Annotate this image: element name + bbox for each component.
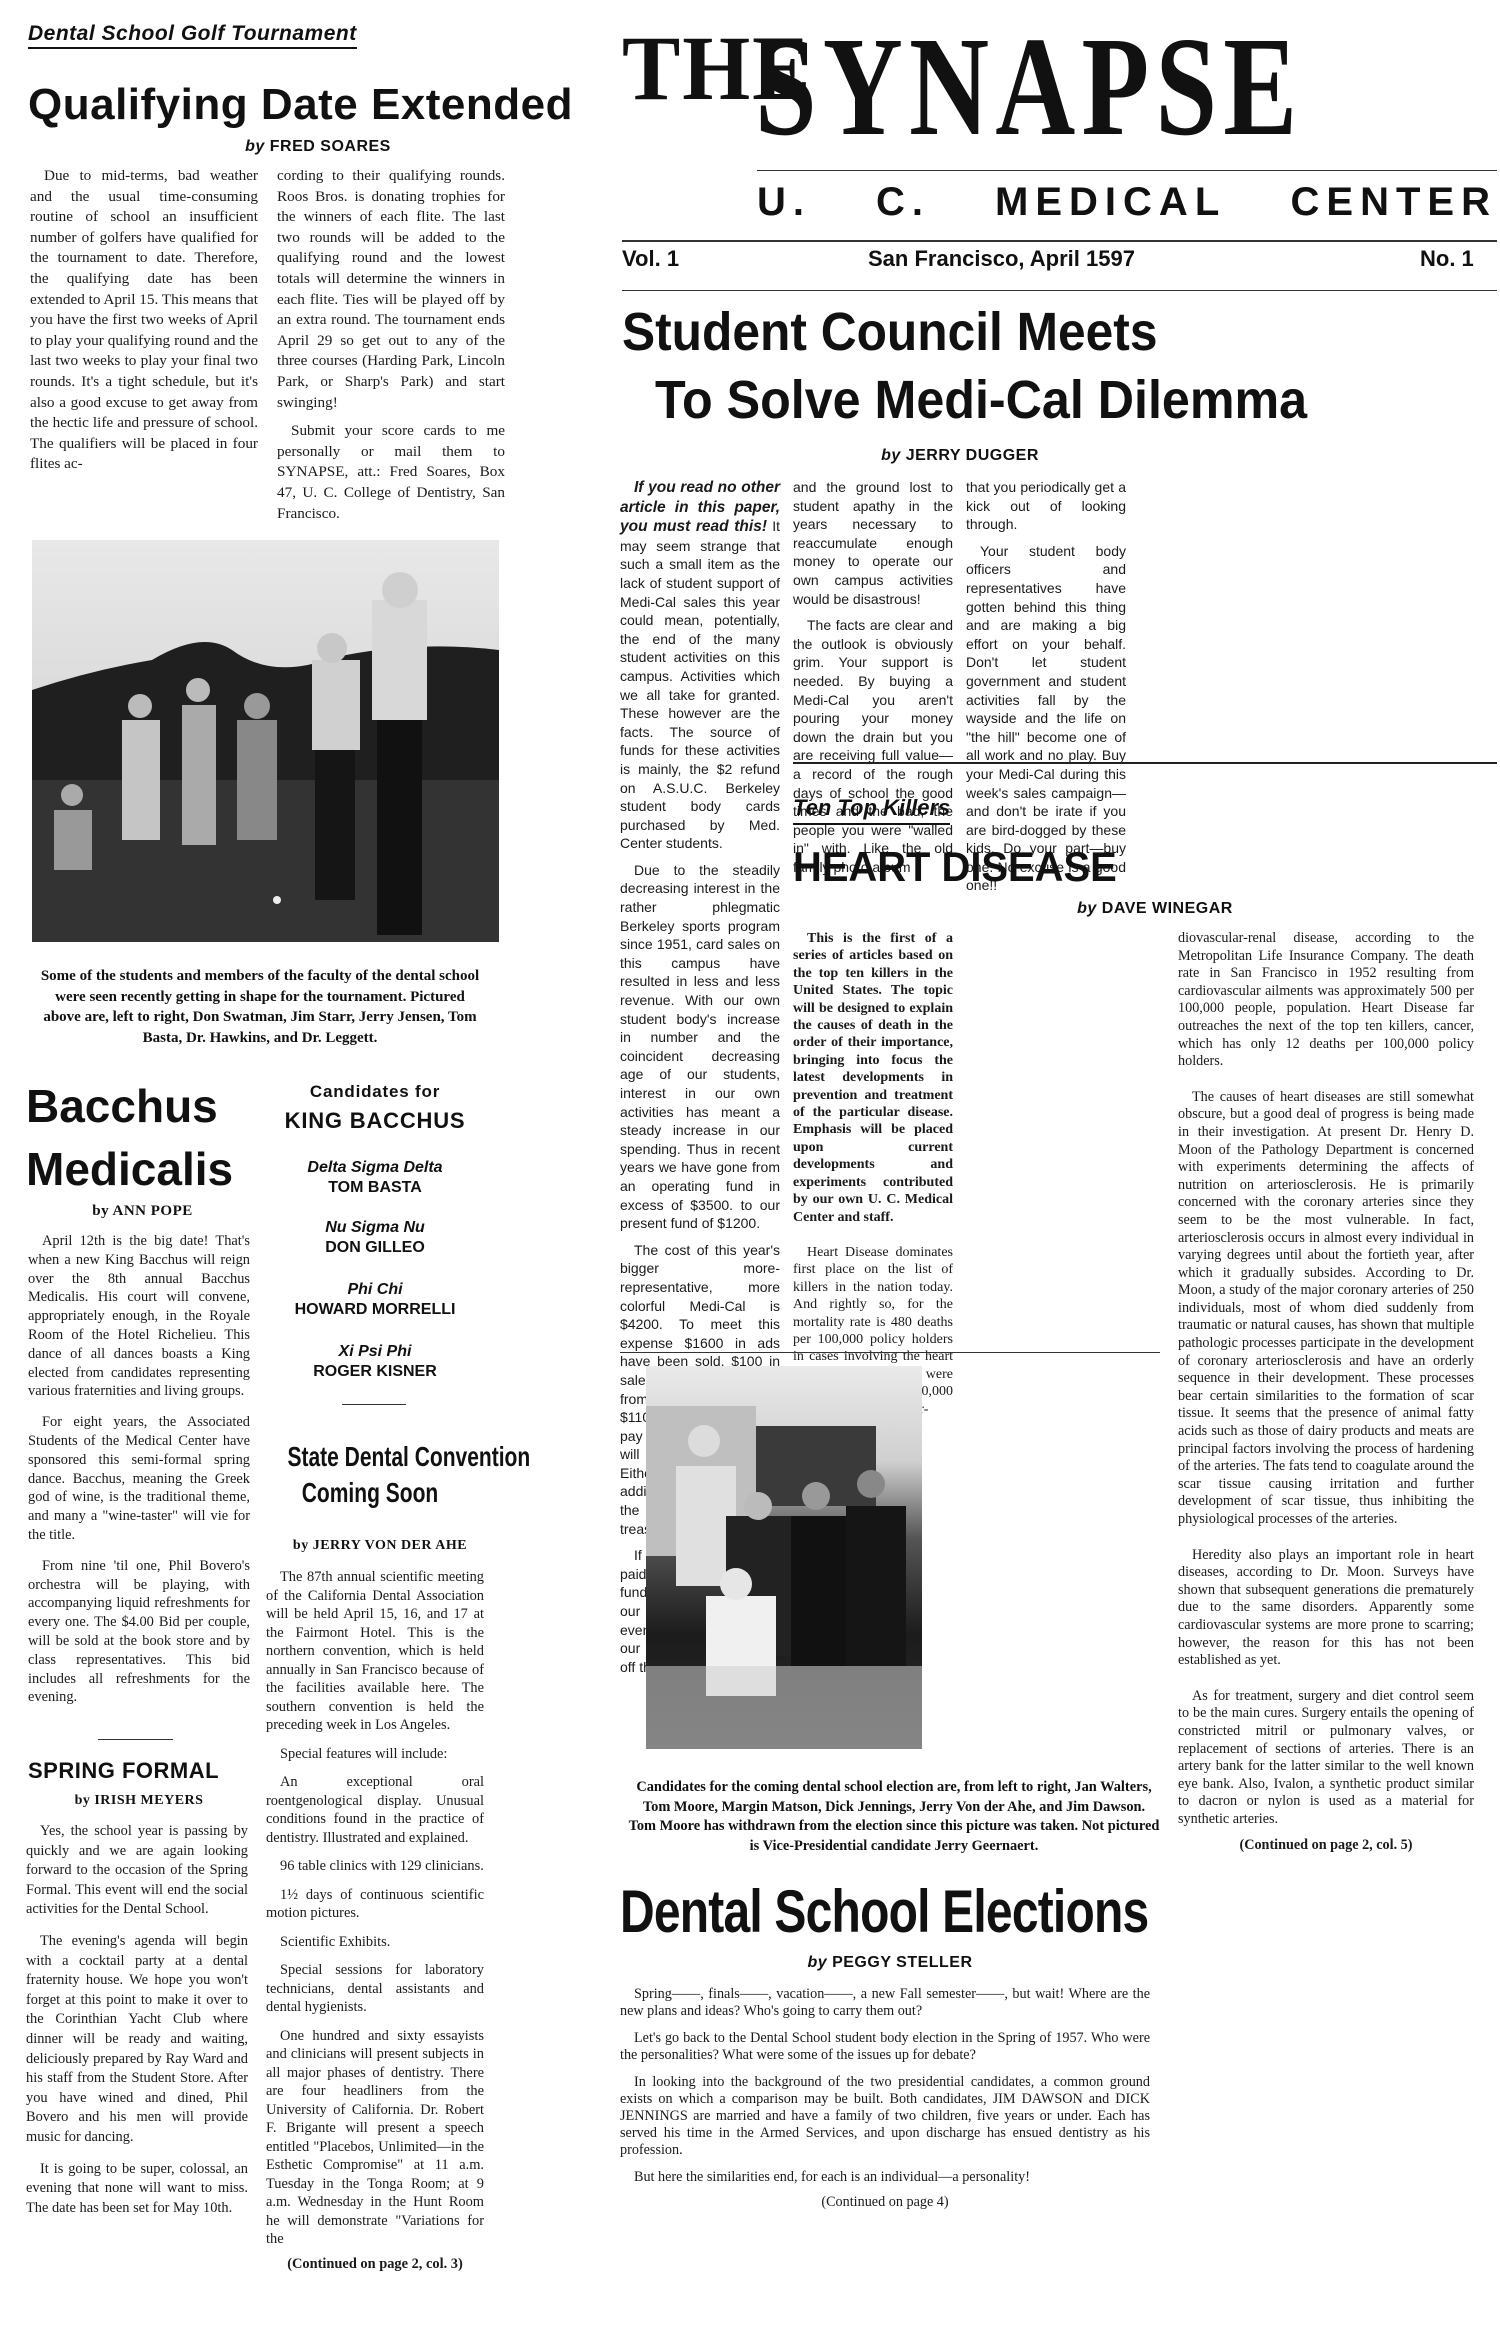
paragraph: Scientific Exhibits. (266, 1933, 484, 1952)
golf-photo-illustration (32, 540, 499, 942)
spring-body: Yes, the school year is passing by quick… (26, 1822, 248, 2226)
bacchus-byline: by ANN POPE (30, 1203, 255, 1220)
golf-photo (32, 540, 499, 942)
paragraph: April 12th is the big date! That's when … (28, 1232, 250, 1401)
heart-kicker: Ten Top Killers (793, 795, 950, 825)
lead-rest: It may seem strange that such a small it… (620, 518, 780, 851)
paragraph: An exceptional oral roentgenological dis… (266, 1773, 484, 1847)
candidates-title-1: Candidates for (280, 1082, 470, 1102)
council-headline-1: Student Council Meets (622, 302, 1157, 362)
candidate-name: ROGER KISNER (280, 1362, 470, 1382)
spring-divider (98, 1739, 173, 1740)
byline-by: by (245, 138, 265, 155)
masthead-rule-2 (622, 240, 1497, 242)
paragraph: In looking into the background of the tw… (620, 2074, 1150, 2159)
candidate-fraternity: Delta Sigma Delta (280, 1158, 470, 1178)
elections-photo (646, 1366, 922, 1749)
paragraph: The facts are clear and the outlook is o… (793, 616, 953, 876)
spring-byline: by IRISH MEYERS (28, 1793, 250, 1809)
candidates-title-2: KING BACCHUS (280, 1108, 470, 1134)
paragraph: cording to their qualifying rounds. Roos… (277, 166, 505, 413)
paragraph: 1½ days of continuous scientific motion … (266, 1886, 484, 1923)
heart-byline: by DAVE WINEGAR (1040, 900, 1270, 918)
candidate-fraternity: Phi Chi (280, 1280, 470, 1300)
paragraph: Due to the steadily decreasing interest … (620, 861, 780, 1233)
golf-photo-caption: Some of the students and members of the … (40, 966, 480, 1048)
convention-byline: by JERRY VON DER AHE (280, 1538, 480, 1554)
golf-col-1: Due to mid-terms, bad weather and the us… (30, 166, 258, 483)
continued-note: (Continued on page 2, col. 5) (1178, 1837, 1474, 1855)
convention-headline-1: State Dental Convention (288, 1440, 453, 1474)
byline-name: JERRY DUGGER (906, 447, 1039, 464)
masthead-rule-1 (757, 170, 1497, 171)
continued-note: (Continued on page 2, col. 3) (266, 2255, 484, 2274)
candidate-fraternity: Nu Sigma Nu (280, 1218, 470, 1238)
candidate-name: DON GILLEO (280, 1238, 470, 1258)
elections-headline: Dental School Elections (620, 1880, 1148, 1944)
byline-by: by (1077, 900, 1097, 917)
candidates-divider (342, 1404, 406, 1405)
bacchus-headline-1: Bacchus (26, 1080, 218, 1132)
paragraph: As for treatment, surgery and diet contr… (1178, 1688, 1474, 1829)
council-lead: If you read no other article in this pap… (620, 478, 780, 853)
golf-kicker: Dental School Golf Tournament (28, 22, 357, 49)
masthead-title: SYNAPSE (755, 14, 1303, 159)
candidate-fraternity: Xi Psi Phi (280, 1342, 470, 1362)
bacchus-headline-2: Medicalis (26, 1143, 233, 1195)
council-col-3: that you periodically get a kick out of … (966, 478, 1126, 903)
lead-bold: If you read no other article in this pap… (620, 479, 780, 535)
council-byline: by JERRY DUGGER (820, 447, 1100, 465)
byline-name: FRED SOARES (270, 138, 391, 155)
golf-col-2: cording to their qualifying rounds. Roos… (277, 166, 505, 532)
golf-headline: Qualifying Date Extended (28, 80, 573, 130)
paragraph: For eight years, the Associated Students… (28, 1413, 250, 1545)
golf-byline: by FRED SOARES (28, 138, 608, 156)
paragraph: diovascular-renal disease, according to … (1178, 930, 1474, 1071)
paragraph: The 87th annual scientific meeting of th… (266, 1568, 484, 1735)
byline-by: by (807, 1954, 827, 1971)
candidates-list: Delta Sigma Delta TOM BASTA Nu Sigma Nu … (280, 1158, 470, 1382)
paragraph: Special features will include: (266, 1745, 484, 1764)
paragraph: But here the similarities end, for each … (620, 2169, 1150, 2186)
candidate-entry: Nu Sigma Nu DON GILLEO (280, 1218, 470, 1258)
byline-name: PEGGY STELLER (832, 1954, 972, 1971)
elections-body: Spring——, finals——, vacation——, a new Fa… (620, 1986, 1150, 2219)
elections-byline: by PEGGY STELLER (760, 1954, 1020, 1972)
candidate-name: TOM BASTA (280, 1178, 470, 1198)
paragraph: Submit your score cards to me personally… (277, 421, 505, 524)
byline-by: by (881, 447, 901, 464)
elections-photo-caption: Candidates for the coming dental school … (628, 1778, 1160, 1856)
council-headline-2: To Solve Medi-Cal Dilemma (655, 370, 1307, 430)
convention-headline-2: Coming Soon (288, 1476, 453, 1510)
issue-number: No. 1 (1420, 246, 1474, 272)
elections-photo-illustration (646, 1366, 922, 1749)
paragraph: that you periodically get a kick out of … (966, 478, 1126, 534)
paragraph: Let's go back to the Dental School stude… (620, 2030, 1150, 2064)
paragraph: Spring——, finals——, vacation——, a new Fa… (620, 1986, 1150, 2020)
paragraph: It is going to be super, colossal, an ev… (26, 2160, 248, 2219)
paragraph: 96 table clinics with 129 clinicians. (266, 1857, 484, 1876)
volume-label: Vol. 1 (622, 246, 679, 272)
candidate-entry: Delta Sigma Delta TOM BASTA (280, 1158, 470, 1198)
byline-name: DAVE WINEGAR (1102, 900, 1233, 917)
paragraph: The causes of heart diseases are still s… (1178, 1089, 1474, 1529)
masthead-rule-3 (622, 290, 1497, 291)
candidate-entry: Phi Chi HOWARD MORRELLI (280, 1280, 470, 1320)
paragraph: Heredity also plays an important role in… (1178, 1547, 1474, 1670)
elections-top-rule (620, 1352, 1160, 1353)
convention-body: The 87th annual scientific meeting of th… (266, 1568, 484, 2281)
paragraph: Special sessions for laboratory technici… (266, 1961, 484, 2017)
heart-headline: HEART DISEASE (793, 843, 1117, 891)
masthead-subtitle: U. C. MEDICAL CENTER (757, 178, 1497, 226)
paragraph: The evening's agenda will begin with a c… (26, 1932, 248, 2148)
candidate-entry: Xi Psi Phi ROGER KISNER (280, 1342, 470, 1382)
heart-intro: This is the first of a series of article… (793, 930, 953, 1226)
paragraph: From nine 'til one, Phil Bovero's orches… (28, 1557, 250, 1707)
paragraph: Yes, the school year is passing by quick… (26, 1822, 248, 1920)
paragraph: One hundred and sixty essayists and clin… (266, 2027, 484, 2249)
dateline: San Francisco, April 1597 (868, 246, 1135, 272)
continued-note: (Continued on page 4) (620, 2194, 1150, 2211)
heart-col-2: diovascular-renal disease, according to … (1178, 930, 1474, 1862)
spring-headline: SPRING FORMAL (28, 1758, 219, 1784)
paragraph: Due to mid-terms, bad weather and the us… (30, 166, 258, 475)
paragraph: and the ground lost to student apathy in… (793, 478, 953, 608)
candidate-name: HOWARD MORRELLI (280, 1300, 470, 1320)
council-bottom-rule (793, 762, 1497, 764)
bacchus-body: April 12th is the big date! That's when … (28, 1232, 250, 1715)
